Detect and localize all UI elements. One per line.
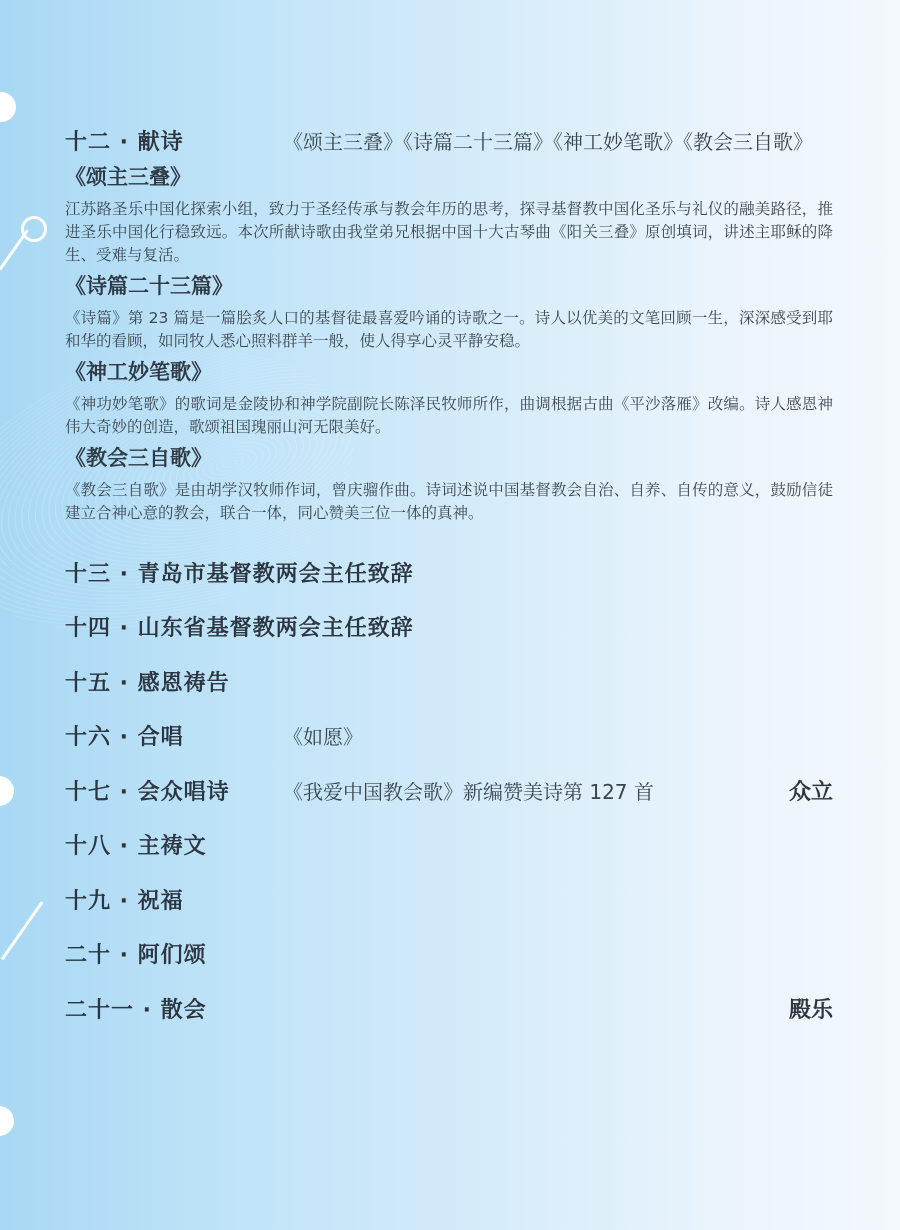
agenda-detail: 《我爱中国教会歌》新编赞美诗第 127 首 xyxy=(283,776,654,805)
agenda-item: 十九 · 祝福 xyxy=(65,872,833,927)
agenda-item: 二十一 · 散会 殿乐 xyxy=(65,981,833,1036)
poem-description: 《诗篇》第 23 篇是一篇脍炙人口的基督徒最喜爱吟诵的诗歌之一。诗人以优美的文笔… xyxy=(65,307,833,353)
poem-title: 《教会三自歌》 xyxy=(65,443,833,473)
poem-section: 《教会三自歌》 《教会三自歌》是由胡学汉牧师作词，曾庆骝作曲。诗词述说中国基督教… xyxy=(65,443,833,525)
agenda-list: 十三 · 青岛市基督教两会主任致辞 十四 · 山东省基督教两会主任致辞 十五 ·… xyxy=(65,545,833,1036)
poem-title: 《神工妙笔歌》 xyxy=(65,357,833,387)
agenda-heading: 十五 · 感恩祷告 xyxy=(65,666,230,697)
agenda-item: 十三 · 青岛市基督教两会主任致辞 xyxy=(65,545,833,600)
decor-line xyxy=(0,229,29,270)
poem-description: 《神功妙笔歌》的歌词是金陵协和神学院副院长陈泽民牧师所作，曲调根据古曲《平沙落雁… xyxy=(65,393,833,439)
poem-title: 《诗篇二十三篇》 xyxy=(65,271,833,301)
item-heading: 十二 · 献诗 xyxy=(65,125,184,156)
poem-section: 《诗篇二十三篇》 《诗篇》第 23 篇是一篇脍炙人口的基督徒最喜爱吟诵的诗歌之一… xyxy=(65,271,833,353)
agenda-item: 十五 · 感恩祷告 xyxy=(65,654,833,709)
agenda-item: 十七 · 会众唱诗 《我爱中国教会歌》新编赞美诗第 127 首 众立 xyxy=(65,763,833,818)
agenda-item: 十八 · 主祷文 xyxy=(65,818,833,873)
agenda-heading: 十九 · 祝福 xyxy=(65,884,184,915)
agenda-heading: 十六 · 合唱 xyxy=(65,720,184,751)
poem-title: 《颂主三叠》 xyxy=(65,162,833,192)
poem-description: 《教会三自歌》是由胡学汉牧师作词，曾庆骝作曲。诗词述说中国基督教会自治、自养、自… xyxy=(65,479,833,525)
decor-line xyxy=(1,901,44,960)
agenda-heading: 十三 · 青岛市基督教两会主任致辞 xyxy=(65,557,414,588)
agenda-heading: 十七 · 会众唱诗 xyxy=(65,775,230,806)
poem-section: 《颂主三叠》 江苏路圣乐中国化探索小组，致力于圣经传承与教会年历的思考，探寻基督… xyxy=(65,162,833,267)
agenda-note: 众立 xyxy=(789,775,833,806)
decor-dot-icon xyxy=(0,1106,14,1136)
item-works: 《颂主三叠》《诗篇二十三篇》《神工妙笔歌》《教会三自歌》 xyxy=(283,126,813,155)
agenda-heading: 二十一 · 散会 xyxy=(65,993,207,1024)
agenda-item: 十六 · 合唱 《如愿》 xyxy=(65,709,833,764)
program-content: 十二 · 献诗 《颂主三叠》《诗篇二十三篇》《神工妙笔歌》《教会三自歌》 《颂主… xyxy=(65,122,833,1036)
agenda-note: 殿乐 xyxy=(789,993,833,1024)
agenda-heading: 二十 · 阿们颂 xyxy=(65,938,207,969)
poem-section: 《神工妙笔歌》 《神功妙笔歌》的歌词是金陵协和神学院副院长陈泽民牧师所作，曲调根… xyxy=(65,357,833,439)
agenda-item: 十四 · 山东省基督教两会主任致辞 xyxy=(65,600,833,655)
decor-dot-icon xyxy=(0,92,16,122)
poem-description: 江苏路圣乐中国化探索小组，致力于圣经传承与教会年历的思考，探寻基督教中国化圣乐与… xyxy=(65,198,833,267)
agenda-item: 二十 · 阿们颂 xyxy=(65,927,833,982)
agenda-heading: 十四 · 山东省基督教两会主任致辞 xyxy=(65,611,414,642)
agenda-heading: 十八 · 主祷文 xyxy=(65,829,207,860)
decor-dot-icon xyxy=(0,776,14,806)
agenda-detail: 《如愿》 xyxy=(283,721,363,750)
program-item-12: 十二 · 献诗 《颂主三叠》《诗篇二十三篇》《神工妙笔歌》《教会三自歌》 xyxy=(65,122,833,158)
